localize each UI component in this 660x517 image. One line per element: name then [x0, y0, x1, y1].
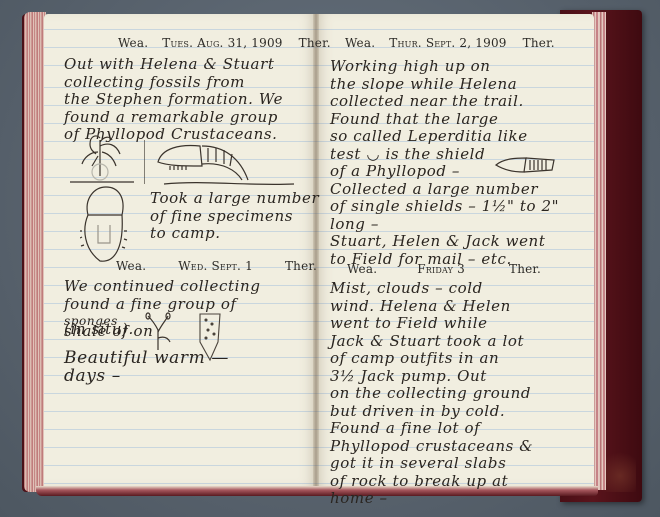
- handwritten-line: got it in several slabs: [330, 455, 533, 473]
- right-page-stack: [592, 12, 606, 490]
- entry-date: Friday 3: [417, 262, 465, 276]
- weather-label: Wea.: [116, 259, 146, 273]
- phyllopod-antennae-sketch-icon: [70, 132, 140, 184]
- phyllopod-shield-sketch-icon: [80, 185, 130, 265]
- thermometer-label: Ther.: [523, 36, 555, 50]
- entry-header-sept-1: Wea. Wed. Sept. 1 Ther.: [116, 259, 317, 273]
- sponge-branch-sketch-icon: [144, 312, 174, 352]
- entry-date: Tues. Aug. 31, 1909: [162, 36, 282, 50]
- handwritten-line: found a fine group of: [64, 296, 261, 314]
- entry-header-sept-3: Wea. Friday 3 Ther.: [347, 262, 541, 276]
- handwritten-line: so called Leperditia like: [330, 128, 559, 146]
- left-page-stack: [24, 12, 46, 492]
- entry-date: Wed. Sept. 1: [178, 259, 253, 273]
- handwritten-line: on the collecting ground: [330, 385, 533, 403]
- handwritten-caption-specimens: Took a large number of fine specimens to…: [150, 190, 319, 243]
- handwritten-line: of fine specimens: [150, 208, 319, 226]
- thermometer-label: Ther.: [285, 259, 317, 273]
- phyllopod-tail-sketch-icon: [144, 140, 304, 190]
- phyllopod-shell-side-sketch-icon: [494, 156, 558, 174]
- handwritten-line: of single shields – 1½" to 2": [330, 198, 559, 216]
- handwritten-entry-aug-31: Out with Helena & Stuart collecting foss…: [64, 56, 283, 144]
- entry-header-sept-2: Wea. Thur. Sept. 2, 1909 Ther.: [345, 36, 555, 50]
- handwritten-line: of rock to break up at: [330, 473, 533, 491]
- handwritten-line: long –: [330, 216, 559, 234]
- handwritten-line: Took a large number: [150, 190, 319, 208]
- handwritten-line: collecting fossils from: [64, 74, 283, 92]
- handwritten-line: days –: [64, 368, 261, 386]
- handwritten-line: Beautiful warm —: [64, 350, 261, 368]
- handwritten-line: We continued collecting: [64, 278, 261, 296]
- handwritten-entry-sept-3: Mist, clouds – cold wind. Helena & Helen…: [330, 280, 533, 508]
- handwritten-line: Mist, clouds – cold: [330, 280, 533, 298]
- handwritten-line: home –: [330, 490, 533, 508]
- handwritten-line: Found that the large: [330, 111, 559, 129]
- book-gutter: [313, 14, 319, 486]
- handwritten-line: Out with Helena & Stuart: [64, 56, 283, 74]
- handwritten-line: Jack & Stuart took a lot: [330, 333, 533, 351]
- handwritten-line: Found a fine lot of: [330, 420, 533, 438]
- entry-date: Thur. Sept. 2, 1909: [389, 36, 506, 50]
- handwritten-line: Stuart, Helen & Jack went: [330, 233, 559, 251]
- weather-label: Wea.: [118, 36, 148, 50]
- handwritten-line: Phyllopod crustaceans &: [330, 438, 533, 456]
- handwritten-line: Working high up on: [330, 58, 559, 76]
- entry-header-aug-31: Wea. Tues. Aug. 31, 1909 Ther.: [118, 36, 331, 50]
- handwritten-line: found a remarkable group: [64, 109, 283, 127]
- thermometer-label: Ther.: [509, 262, 541, 276]
- handwritten-line: wind. Helena & Helen: [330, 298, 533, 316]
- handwritten-line: Collected a large number: [330, 181, 559, 199]
- thermometer-label: Ther.: [299, 36, 331, 50]
- handwritten-line: 3½ Jack pump. Out: [330, 368, 533, 386]
- handwritten-line: the slope while Helena: [330, 76, 559, 94]
- handwritten-line: of camp outfits in an: [330, 350, 533, 368]
- handwritten-line: but driven in by cold.: [330, 403, 533, 421]
- weather-label: Wea.: [347, 262, 377, 276]
- weather-label: Wea.: [345, 36, 375, 50]
- handwritten-line: went to Field while: [330, 315, 533, 333]
- sponge-specimen-sketch-icon: [196, 312, 224, 362]
- handwritten-line: collected near the trail.: [330, 93, 559, 111]
- handwritten-line: to camp.: [150, 225, 319, 243]
- handwritten-line: the Stephen formation. We: [64, 91, 283, 109]
